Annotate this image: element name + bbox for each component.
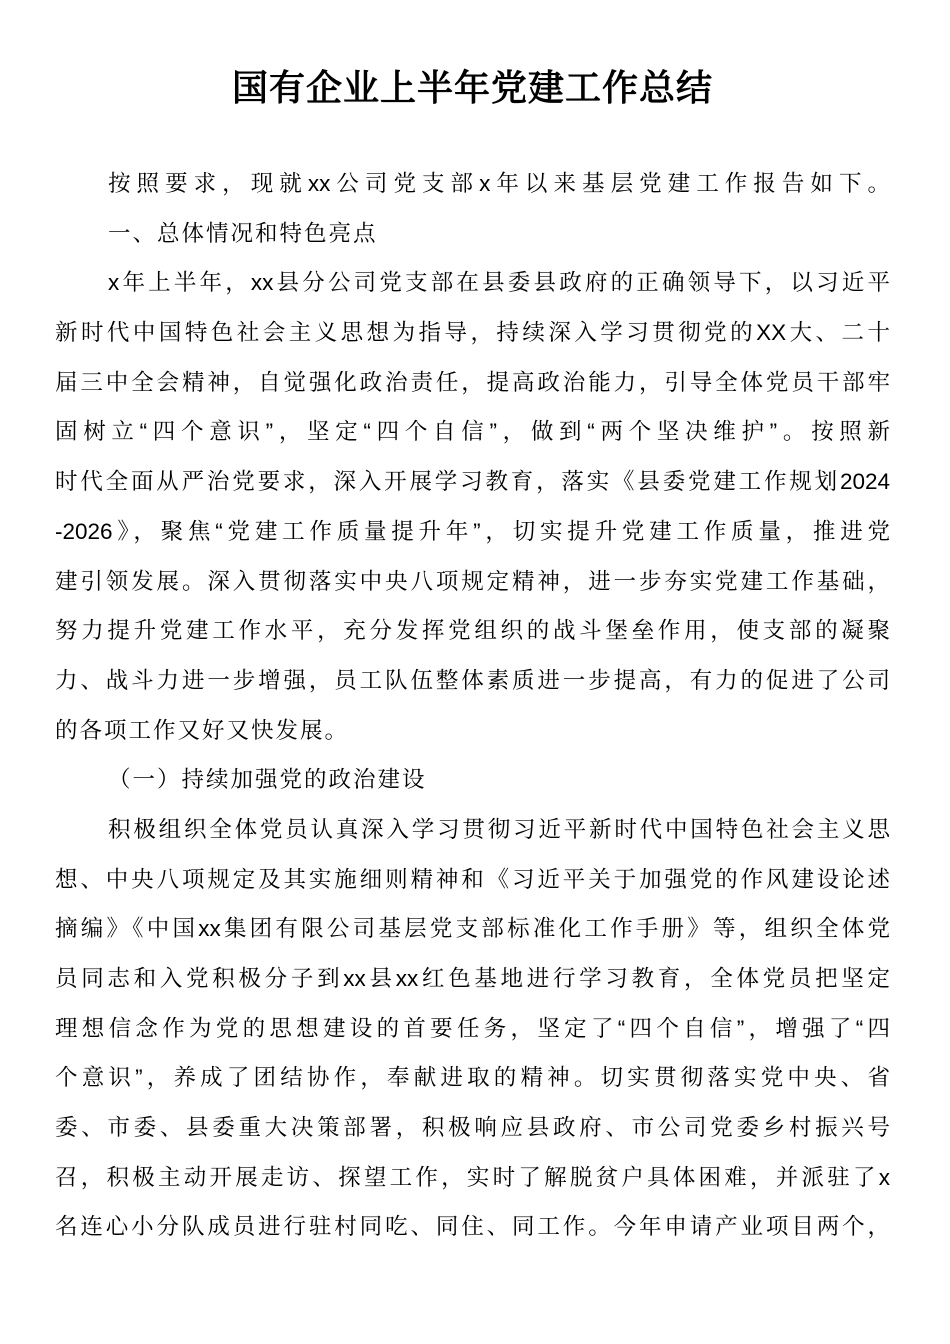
paragraph-line: 时代全面从严治党要求，深入开展学习教育，落实《县委党建工作规划2024 — [55, 457, 890, 507]
document-title: 国有企业上半年党建工作总结 — [55, 68, 890, 108]
heading-level-2-line: （一）持续加强党的政治建设 — [55, 755, 890, 805]
paragraph-line: 按照要求，现就xx公司党支部x年以来基层党建工作报告如下。 — [55, 159, 890, 209]
paragraph-line: 委、市委、县委重大决策部署，积极响应县政府、市公司党委乡村振兴号 — [55, 1103, 890, 1153]
paragraph-line: -2026》，聚焦“党建工作质量提升年”，切实提升党建工作质量，推进党 — [55, 507, 890, 557]
heading-level-1-line: 一、总体情况和特色亮点 — [55, 209, 890, 259]
paragraph-line: 努力提升党建工作水平，充分发挥党组织的战斗堡垒作用，使支部的凝聚 — [55, 606, 890, 656]
paragraph-line: 固树立“四个意识”，坚定“四个自信”，做到“两个坚决维护”。按照新 — [55, 407, 890, 457]
document-body: 按照要求，现就xx公司党支部x年以来基层党建工作报告如下。一、总体情况和特色亮点… — [55, 159, 890, 1252]
paragraph-line: 新时代中国特色社会主义思想为指导，持续深入学习贯彻党的XX大、二十 — [55, 308, 890, 358]
paragraph-line: 理想信念作为党的思想建设的首要任务，坚定了“四个自信”，增强了“四 — [55, 1004, 890, 1054]
paragraph-line: 的各项工作又好又快发展。 — [55, 706, 890, 756]
paragraph-line: 摘编》《中国xx集团有限公司基层党支部标准化工作手册》等，组织全体党 — [55, 904, 890, 954]
paragraph-line: 想、中央八项规定及其实施细则精神和《习近平关于加强党的作风建设论述 — [55, 855, 890, 905]
paragraph-line: x年上半年，xx县分公司党支部在县委县政府的正确领导下，以习近平 — [55, 258, 890, 308]
paragraph-line: 个意识”，养成了团结协作，奉献进取的精神。切实贯彻落实党中央、省 — [55, 1053, 890, 1103]
paragraph-line: 名连心小分队成员进行驻村同吃、同住、同工作。今年申请产业项目两个， — [55, 1202, 890, 1252]
paragraph-line: 建引领发展。深入贯彻落实中央八项规定精神，进一步夯实党建工作基础， — [55, 557, 890, 607]
paragraph-line: 力、战斗力进一步增强，员工队伍整体素质进一步提高，有力的促进了公司 — [55, 656, 890, 706]
paragraph-line: 召，积极主动开展走访、探望工作，实时了解脱贫户具体困难，并派驻了x — [55, 1153, 890, 1203]
paragraph-line: 员同志和入党积极分子到xx县xx红色基地进行学习教育，全体党员把坚定 — [55, 954, 890, 1004]
paragraph-line: 届三中全会精神，自觉强化政治责任，提高政治能力，引导全体党员干部牢 — [55, 358, 890, 408]
document-page: 国有企业上半年党建工作总结 按照要求，现就xx公司党支部x年以来基层党建工作报告… — [0, 0, 950, 1344]
paragraph-line: 积极组织全体党员认真深入学习贯彻习近平新时代中国特色社会主义思 — [55, 805, 890, 855]
